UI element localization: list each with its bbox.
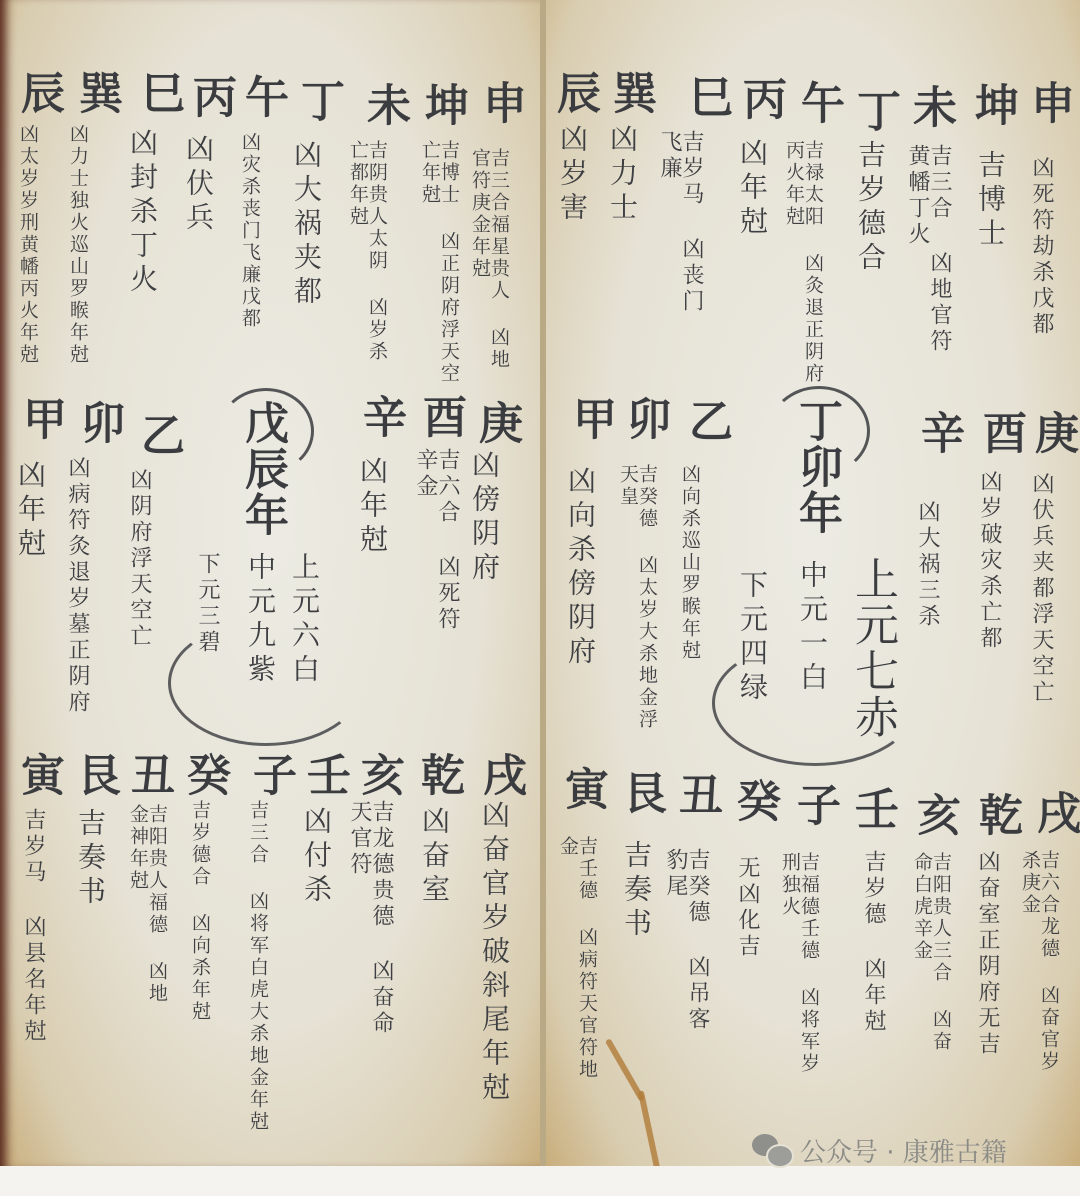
header-you: 酉 <box>418 394 462 440</box>
note-si: 凶封杀丁火 <box>128 128 156 298</box>
header-you: 酉 <box>978 410 1022 456</box>
note-wu: 吉禄太阳 凶灸退正阴府丙火年尅 <box>784 140 822 390</box>
year-title: 戊辰年 <box>240 400 284 538</box>
note-ren: 吉岁德 凶年尅 <box>862 850 884 1040</box>
header-wei: 未 <box>362 82 406 128</box>
header-mao: 卯 <box>76 400 120 446</box>
header-kun: 坤 <box>970 82 1014 128</box>
note-shen: 凶死符劫杀戊都 <box>1030 156 1052 376</box>
header-yi: 乙 <box>684 398 728 444</box>
header-zi: 子 <box>792 782 836 828</box>
header-chen: 辰 <box>16 70 60 116</box>
header-geng: 庚 <box>1030 410 1074 456</box>
header-yin: 寅 <box>16 752 60 798</box>
note-xin: 凶大祸三杀 <box>916 500 938 700</box>
header-shen: 申 <box>478 80 522 126</box>
note-chen: 凶岁害 <box>558 124 586 226</box>
note-xin: 凶年尅 <box>358 456 386 558</box>
note-ding: 凶大祸夹都 <box>292 140 320 310</box>
note-wei: 吉三合 凶地官符黄幡丁火 <box>906 144 950 364</box>
header-gen: 艮 <box>618 770 662 816</box>
book-spread: 申 坤 未 丁 午 丙 巳 巽 辰 吉三合福星贵人 凶地官符庚金年尅 吉博士 凶… <box>0 0 1080 1196</box>
note-geng: 凶伏兵夹都浮天空亡 <box>1030 472 1052 772</box>
header-ding: 丁 <box>296 78 340 124</box>
note-wu: 凶灾杀丧门飞廉戊都 <box>240 132 259 330</box>
note-hai: 吉龙德贵德 凶奋命天官符 <box>348 800 392 1050</box>
header-zi: 子 <box>248 752 292 798</box>
watermark: 公众号 · 康雅古籍 <box>752 1133 1007 1167</box>
note-bing: 凶伏兵 <box>184 134 212 236</box>
header-shen: 申 <box>1026 80 1070 126</box>
header-jia: 甲 <box>18 396 62 442</box>
note-xun: 凶力士 <box>608 124 636 226</box>
note-chou: 吉癸德 凶吊客豹尾 <box>664 848 708 1048</box>
note-qian: 凶奋室 <box>420 806 448 908</box>
note-yi: 凶向杀巡山罗睺年尅 <box>680 464 699 704</box>
note-you: 凶岁破灾杀亡都 <box>978 470 1000 710</box>
header-xin: 辛 <box>358 394 402 440</box>
header-gui: 癸 <box>732 778 776 824</box>
header-hai: 亥 <box>912 792 956 838</box>
arc-mark <box>168 620 364 746</box>
note-yin: 吉壬德 凶病符天官符地金 <box>558 836 596 1096</box>
note-hai: 吉阳贵人三合 凶奋命白虎辛金 <box>912 852 950 1072</box>
header-wu: 午 <box>796 80 840 126</box>
header-si: 巳 <box>136 70 180 116</box>
paper-tear <box>638 1090 661 1169</box>
header-chou: 丑 <box>674 772 718 818</box>
wechat-icon <box>752 1134 792 1166</box>
note-mao: 吉癸德 凶太岁大杀地金浮天皇 <box>618 464 656 744</box>
note-shen: 吉三合福星贵人 凶地官符庚金年尅 <box>470 148 508 388</box>
header-chen: 辰 <box>552 70 596 116</box>
header-wei: 未 <box>908 84 952 130</box>
header-xu: 戌 <box>478 752 522 798</box>
note-jia: 凶年尅 <box>16 460 44 562</box>
header-bing: 丙 <box>738 76 782 122</box>
header-hai: 亥 <box>356 752 400 798</box>
note-geng: 凶傍阴府 <box>470 450 498 586</box>
watermark-text: 公众号 · 康雅古籍 <box>800 1132 1007 1169</box>
note-xu: 吉六合龙德 凶奋官岁杀庚金 <box>1020 850 1058 1090</box>
header-xu: 戌 <box>1032 790 1076 836</box>
note-ren: 凶付杀 <box>302 806 330 908</box>
header-jia: 甲 <box>568 396 612 442</box>
note-zi: 吉福德壬德 凶将军岁刑独火 <box>780 852 818 1092</box>
note-gen: 吉奏书 <box>76 808 104 910</box>
header-gui: 癸 <box>182 752 226 798</box>
header-si: 巳 <box>684 74 728 120</box>
note-jia: 凶向杀傍阴府 <box>566 466 594 670</box>
note-ding: 吉岁德合 <box>856 140 884 276</box>
header-yin: 寅 <box>560 766 604 812</box>
left-page: 申 坤 未 丁 午 丙 巳 巽 辰 吉三合福星贵人 凶地官符庚金年尅 吉博士 凶… <box>0 0 542 1166</box>
header-qian: 乾 <box>974 792 1018 838</box>
right-page: 申 坤 未 丁 午 丙 巳 巽 辰 凶死符劫杀戊都 吉博士 吉三合 凶地官符黄幡… <box>546 0 1080 1166</box>
header-gen: 艮 <box>72 752 116 798</box>
note-kun: 吉博士 <box>976 150 1004 252</box>
header-kun: 坤 <box>420 82 464 128</box>
header-qian: 乾 <box>416 752 460 798</box>
header-geng: 庚 <box>474 400 518 446</box>
year-title: 丁卯年 <box>794 398 838 536</box>
header-mao: 卯 <box>622 396 666 442</box>
header-bing: 丙 <box>188 74 232 120</box>
header-ren: 壬 <box>302 752 346 798</box>
note-you: 吉六合 凶死符辛金 <box>414 448 458 638</box>
note-gui: 无凶化吉 <box>736 856 758 960</box>
note-wei: 吉阴贵人太阴 凶岁杀亡都年尅 <box>348 140 386 370</box>
note-gui: 吉岁德合 凶向杀年尅 <box>190 800 209 1040</box>
note-si: 吉岁马 凶丧门飞廉 <box>658 130 702 330</box>
header-chou: 丑 <box>126 752 170 798</box>
header-yi: 乙 <box>136 412 180 458</box>
note-bing: 凶年尅 <box>738 138 766 240</box>
note-kun: 吉博士 凶正阴府浮天空亡年尅 <box>420 140 458 390</box>
header-xun: 巽 <box>74 70 118 116</box>
header-wu: 午 <box>240 74 284 120</box>
note-yi: 凶阴府浮天空亡 <box>128 468 150 650</box>
note-xu: 凶奋官岁破斜尾年尅 <box>480 800 508 1170</box>
header-xun: 巽 <box>608 70 652 116</box>
image-bottom-margin <box>0 1166 1080 1196</box>
arc-mark <box>712 640 918 766</box>
header-ding: 丁 <box>852 88 896 134</box>
note-chou: 吉阳贵人福德 凶地金神年尅 <box>128 804 166 1024</box>
note-chen: 凶太岁岁刑黄幡丙火年尅 <box>18 124 37 404</box>
note-qian: 凶奋室正阴府无吉 <box>976 850 998 1080</box>
header-ren: 壬 <box>850 786 894 832</box>
note-xun: 凶力士独火巡山罗睺年尅 <box>68 124 87 394</box>
header-xin: 辛 <box>916 410 960 456</box>
note-zi: 吉三合 凶将军白虎大杀地金年尅 <box>248 800 267 1180</box>
note-mao: 凶病符灸退岁墓正阴府 <box>66 456 88 716</box>
note-yin: 吉岁马 凶县名年尅 <box>22 808 44 1078</box>
note-gen: 吉奏书 <box>622 840 650 942</box>
